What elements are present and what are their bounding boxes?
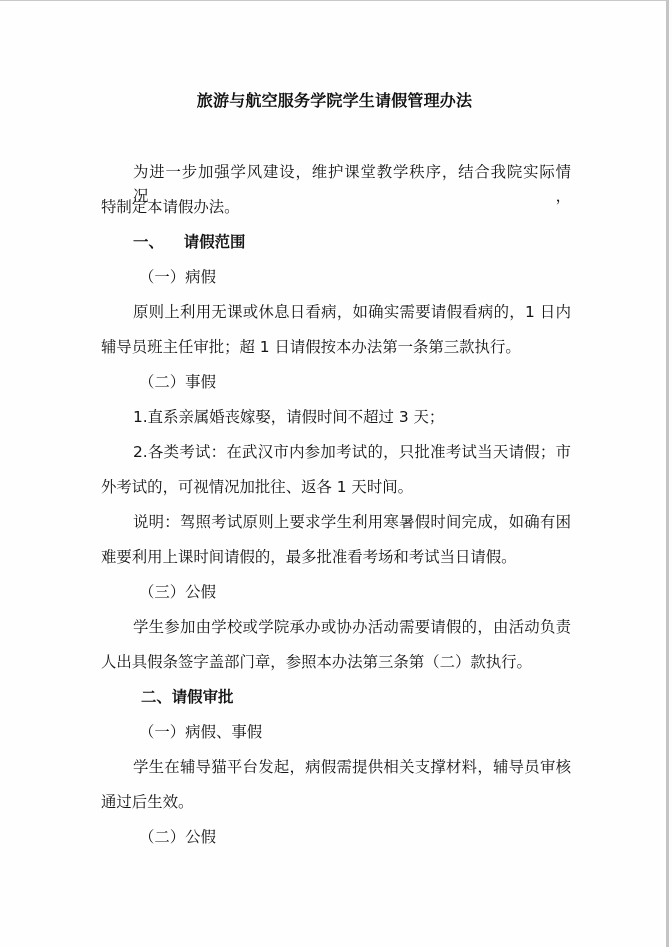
approval-line-1: 学生在辅导猫平台发起，病假需提供相关支撑材料，辅导员审核 — [101, 755, 571, 790]
document-body: 为进一步加强学风建设，维护课堂教学秩序，结合我院实际情况， 特制定本请假办法。 … — [101, 160, 571, 860]
subsection-approval-official-heading: （二）公假 — [101, 825, 571, 860]
section-1-number: 一、 — [133, 233, 164, 251]
subsection-official-leave-heading: （三）公假 — [101, 580, 571, 615]
subsection-sick-leave-heading: （一）病假 — [101, 265, 571, 300]
official-leave-line-1: 学生参加由学校或学院承办或协办活动需要请假的，由活动负责 — [101, 615, 571, 650]
personal-leave-note-line-2: 难要利用上课时间请假的，最多批准看考场和考试当日请假。 — [101, 545, 571, 580]
section-2-heading: 二、请假审批 — [101, 685, 571, 720]
approval-line-2: 通过后生效。 — [101, 790, 571, 825]
document-title: 旅游与航空服务学院学生请假管理办法 — [0, 90, 669, 112]
subsection-personal-leave-heading: （二）事假 — [101, 370, 571, 405]
personal-leave-note-line-1: 说明：驾照考试原则上要求学生利用寒暑假时间完成，如确有困 — [101, 510, 571, 545]
sick-leave-line-2: 辅导员班主任审批；超 1 日请假按本办法第一条第三款执行。 — [101, 335, 571, 370]
personal-leave-item-1: 1.直系亲属婚丧嫁娶，请假时间不超过 3 天； — [101, 405, 571, 440]
personal-leave-item-2-line-1: 2.各类考试：在武汉市内参加考试的，只批准考试当天请假；市 — [101, 440, 571, 475]
section-1-title: 请假范围 — [184, 233, 246, 251]
official-leave-line-2: 人出具假条签字盖部门章，参照本办法第三条第（二）款执行。 — [101, 650, 571, 685]
intro-line-1: 为进一步加强学风建设，维护课堂教学秩序，结合我院实际情况， — [101, 160, 571, 195]
personal-leave-item-2-line-2: 外考试的，可视情况加批往、返各 1 天时间。 — [101, 475, 571, 510]
sick-leave-line-1: 原则上利用无课或休息日看病，如确实需要请假看病的，1 日内 — [101, 300, 571, 335]
section-1-heading: 一、请假范围 — [101, 230, 571, 265]
subsection-approval-sick-personal-heading: （一）病假、事假 — [101, 720, 571, 755]
document-page: 旅游与航空服务学院学生请假管理办法 为进一步加强学风建设，维护课堂教学秩序，结合… — [0, 0, 669, 947]
